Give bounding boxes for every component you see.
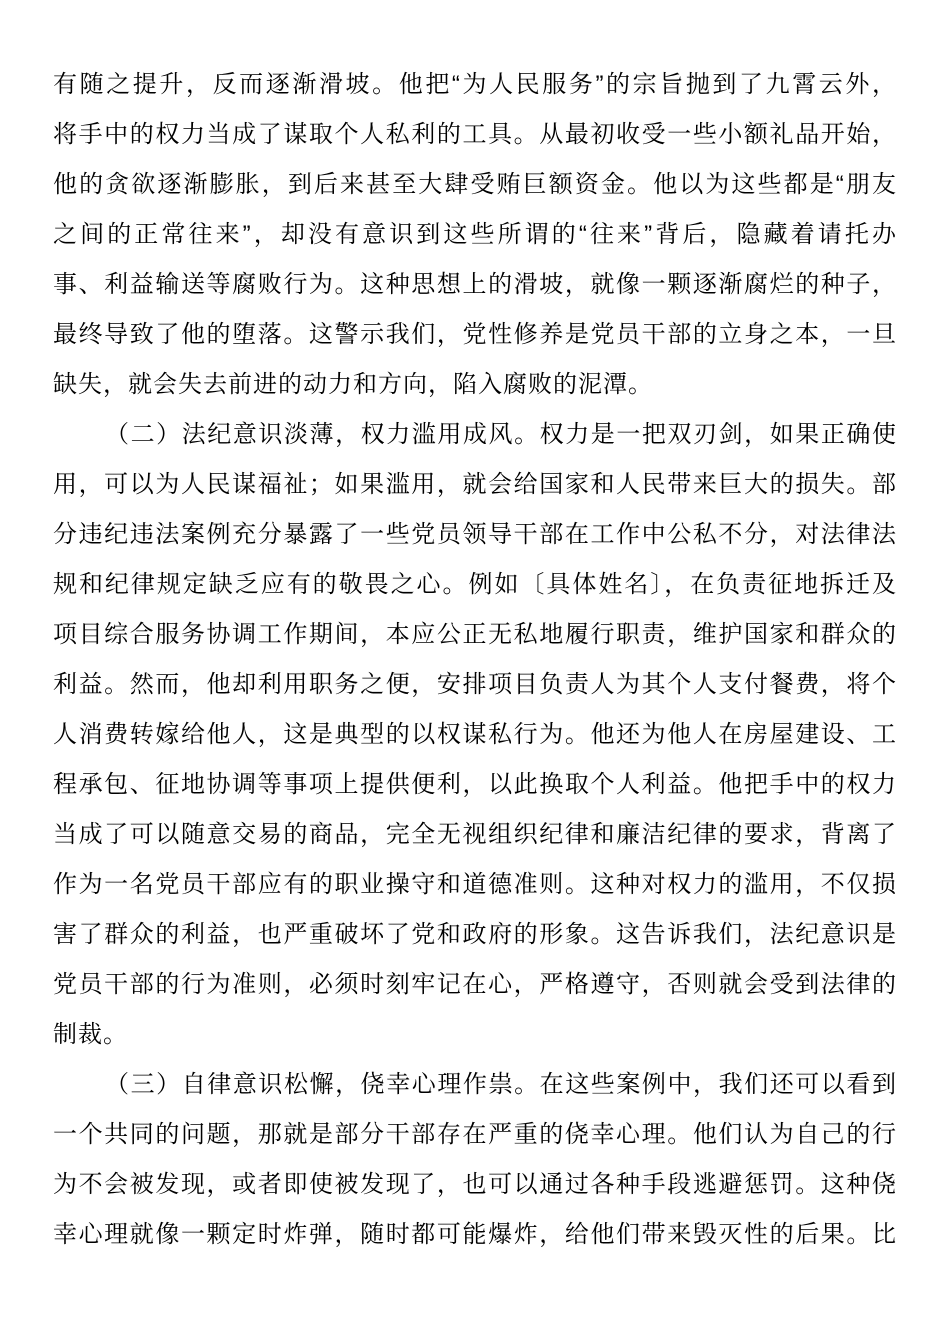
text-line: 最终导致了他的堕落。这警示我们，党性修养是党员干部的立身之本，一旦 bbox=[53, 310, 897, 360]
text-line: 之间的正常往来”，却没有意识到这些所谓的“往来”背后，隐藏着请托办 bbox=[53, 210, 897, 260]
paragraph: （二）法纪意识淡薄，权力滥用成风。权力是一把双刃剑，如果正确使 用，可以为人民谋… bbox=[53, 410, 897, 1060]
text-line: 缺失，就会失去前进的动力和方向，陷入腐败的泥潭。 bbox=[53, 360, 897, 410]
text-line: （二）法纪意识淡薄，权力滥用成风。权力是一把双刃剑，如果正确使 bbox=[53, 410, 897, 460]
text-line: 利益。然而，他却利用职务之便，安排项目负责人为其个人支付餐费，将个 bbox=[53, 660, 897, 710]
text-line: 项目综合服务协调工作期间，本应公正无私地履行职责，维护国家和群众的 bbox=[53, 610, 897, 660]
text-line: 将手中的权力当成了谋取个人私利的工具。从最初收受一些小额礼品开始， bbox=[53, 110, 897, 160]
text-line: 规和纪律规定缺乏应有的敬畏之心。例如〔具体姓名〕，在负责征地拆迁及 bbox=[53, 560, 897, 610]
text-line: 用，可以为人民谋福祉；如果滥用，就会给国家和人民带来巨大的损失。部 bbox=[53, 460, 897, 510]
text-line: 害了群众的利益，也严重破坏了党和政府的形象。这告诉我们，法纪意识是 bbox=[53, 910, 897, 960]
text-line: 有随之提升，反而逐渐滑坡。他把“为人民服务”的宗旨抛到了九霄云外， bbox=[53, 60, 897, 110]
text-line: 他的贪欲逐渐膨胀，到后来甚至大肆受贿巨额资金。他以为这些都是“朋友 bbox=[53, 160, 897, 210]
paragraph: 有随之提升，反而逐渐滑坡。他把“为人民服务”的宗旨抛到了九霄云外， 将手中的权力… bbox=[53, 60, 897, 410]
text-line: 幸心理就像一颗定时炸弹，随时都可能爆炸，给他们带来毁灭性的后果。比 bbox=[53, 1210, 897, 1260]
text-line: 一个共同的问题，那就是部分干部存在严重的侥幸心理。他们认为自己的行 bbox=[53, 1110, 897, 1160]
text-line: 为不会被发现，或者即使被发现了，也可以通过各种手段逃避惩罚。这种侥 bbox=[53, 1160, 897, 1210]
text-line: 当成了可以随意交易的商品，完全无视组织纪律和廉洁纪律的要求，背离了 bbox=[53, 810, 897, 860]
paragraph: （三）自律意识松懈，侥幸心理作祟。在这些案例中，我们还可以看到 一个共同的问题，… bbox=[53, 1060, 897, 1260]
text-line: 党员干部的行为准则，必须时刻牢记在心，严格遵守，否则就会受到法律的 bbox=[53, 960, 897, 1010]
text-line: （三）自律意识松懈，侥幸心理作祟。在这些案例中，我们还可以看到 bbox=[53, 1060, 897, 1110]
text-line: 作为一名党员干部应有的职业操守和道德准则。这种对权力的滥用，不仅损 bbox=[53, 860, 897, 910]
text-line: 分违纪违法案例充分暴露了一些党员领导干部在工作中公私不分，对法律法 bbox=[53, 510, 897, 560]
text-line: 制裁。 bbox=[53, 1010, 897, 1060]
text-line: 程承包、征地协调等事项上提供便利，以此换取个人利益。他把手中的权力 bbox=[53, 760, 897, 810]
text-line: 事、利益输送等腐败行为。这种思想上的滑坡，就像一颗逐渐腐烂的种子， bbox=[53, 260, 897, 310]
document-page: 有随之提升，反而逐渐滑坡。他把“为人民服务”的宗旨抛到了九霄云外， 将手中的权力… bbox=[0, 0, 950, 1344]
text-line: 人消费转嫁给他人，这是典型的以权谋私行为。他还为他人在房屋建设、工 bbox=[53, 710, 897, 760]
